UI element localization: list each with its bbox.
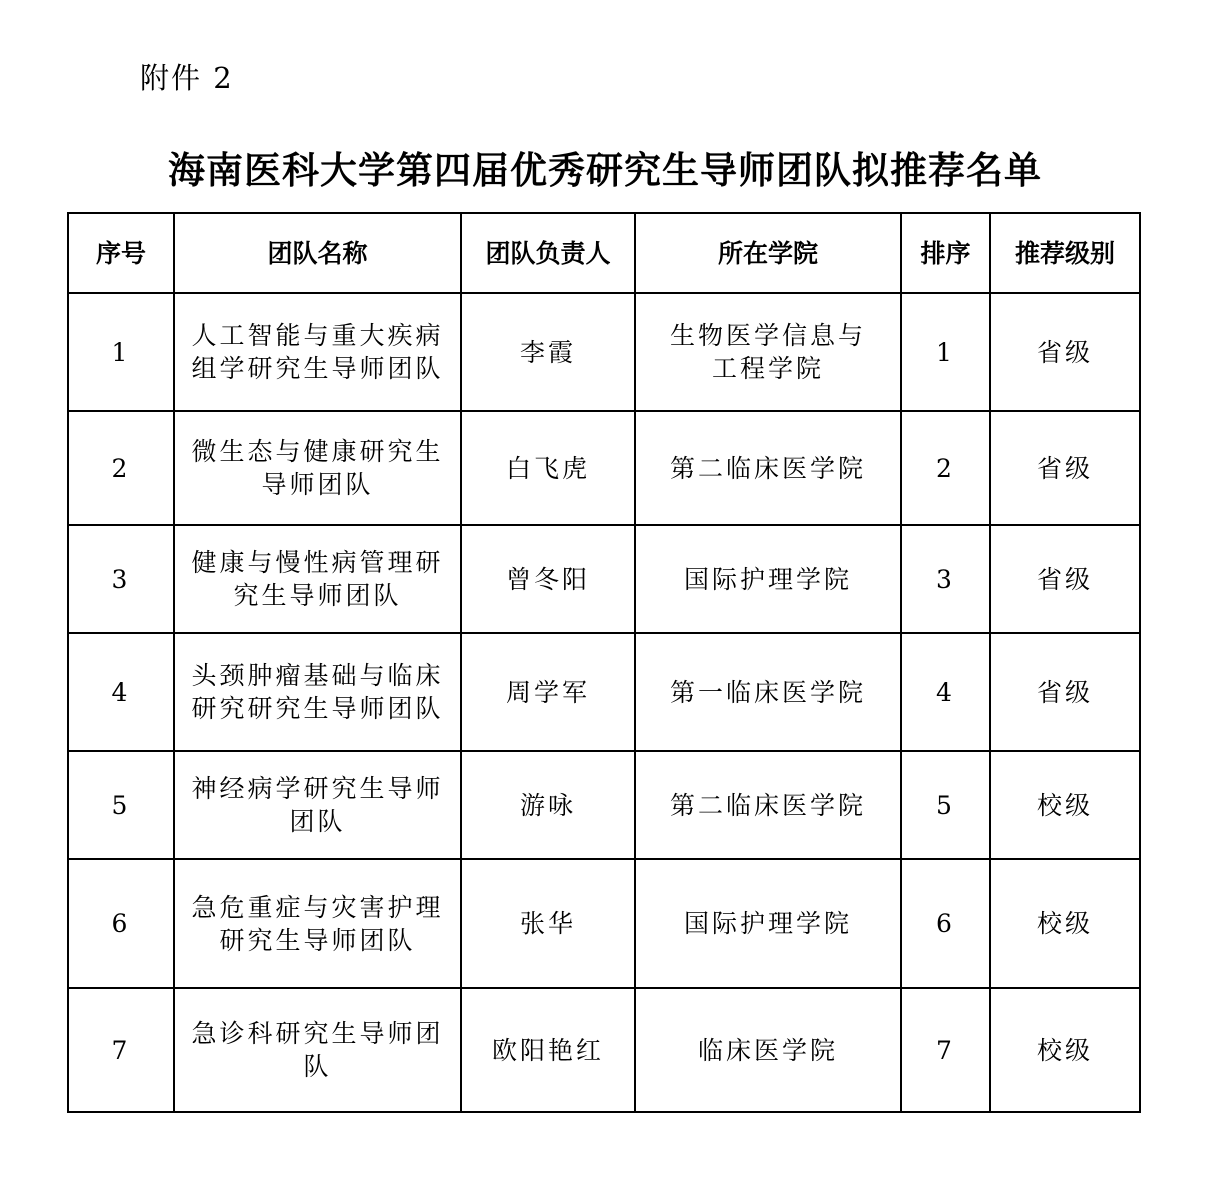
column-header-rank: 排序 (901, 213, 990, 293)
cell-rank: 2 (901, 411, 990, 525)
column-header-college: 所在学院 (635, 213, 901, 293)
cell-college: 第二临床医学院 (635, 411, 901, 525)
cell-level: 省级 (990, 293, 1140, 411)
cell-college: 第二临床医学院 (635, 751, 901, 859)
table-row: 2 微生态与健康研究生导师团队 白飞虎 第二临床医学院 2 省级 (68, 411, 1140, 525)
cell-index: 1 (68, 293, 174, 411)
table-header-row: 序号 团队名称 团队负责人 所在学院 排序 推荐级别 (68, 213, 1140, 293)
cell-team: 急诊科研究生导师团队 (174, 988, 461, 1112)
cell-level: 省级 (990, 525, 1140, 633)
cell-level: 校级 (990, 859, 1140, 988)
cell-rank: 1 (901, 293, 990, 411)
table-row: 6 急危重症与灾害护理研究生导师团队 张华 国际护理学院 6 校级 (68, 859, 1140, 988)
attachment-label: 附件 2 (140, 56, 234, 97)
recommendation-table: 序号 团队名称 团队负责人 所在学院 排序 推荐级别 1 人工智能与重大疾病组学… (67, 212, 1141, 1113)
cell-college: 生物医学信息与工程学院 (635, 293, 901, 411)
column-header-level: 推荐级别 (990, 213, 1140, 293)
cell-team: 人工智能与重大疾病组学研究生导师团队 (174, 293, 461, 411)
cell-rank: 7 (901, 988, 990, 1112)
cell-college: 国际护理学院 (635, 525, 901, 633)
column-header-team: 团队名称 (174, 213, 461, 293)
cell-index: 2 (68, 411, 174, 525)
cell-index: 3 (68, 525, 174, 633)
cell-team: 微生态与健康研究生导师团队 (174, 411, 461, 525)
cell-index: 5 (68, 751, 174, 859)
table-row: 3 健康与慢性病管理研究生导师团队 曾冬阳 国际护理学院 3 省级 (68, 525, 1140, 633)
cell-level: 校级 (990, 988, 1140, 1112)
cell-rank: 3 (901, 525, 990, 633)
cell-college: 第一临床医学院 (635, 633, 901, 751)
cell-leader: 曾冬阳 (461, 525, 635, 633)
cell-college: 临床医学院 (635, 988, 901, 1112)
column-header-index: 序号 (68, 213, 174, 293)
table-row: 1 人工智能与重大疾病组学研究生导师团队 李霞 生物医学信息与工程学院 1 省级 (68, 293, 1140, 411)
cell-leader: 游咏 (461, 751, 635, 859)
cell-leader: 欧阳艳红 (461, 988, 635, 1112)
cell-index: 6 (68, 859, 174, 988)
cell-rank: 5 (901, 751, 990, 859)
cell-college: 国际护理学院 (635, 859, 901, 988)
cell-index: 7 (68, 988, 174, 1112)
cell-rank: 6 (901, 859, 990, 988)
cell-leader: 周学军 (461, 633, 635, 751)
cell-team: 健康与慢性病管理研究生导师团队 (174, 525, 461, 633)
cell-team: 神经病学研究生导师团队 (174, 751, 461, 859)
document-title: 海南医科大学第四届优秀研究生导师团队拟推荐名单 (0, 140, 1210, 194)
table-row: 7 急诊科研究生导师团队 欧阳艳红 临床医学院 7 校级 (68, 988, 1140, 1112)
cell-leader: 张华 (461, 859, 635, 988)
cell-leader: 李霞 (461, 293, 635, 411)
cell-team: 急危重症与灾害护理研究生导师团队 (174, 859, 461, 988)
cell-index: 4 (68, 633, 174, 751)
cell-level: 省级 (990, 411, 1140, 525)
table-row: 4 头颈肿瘤基础与临床研究研究生导师团队 周学军 第一临床医学院 4 省级 (68, 633, 1140, 751)
table-row: 5 神经病学研究生导师团队 游咏 第二临床医学院 5 校级 (68, 751, 1140, 859)
cell-level: 校级 (990, 751, 1140, 859)
cell-rank: 4 (901, 633, 990, 751)
cell-leader: 白飞虎 (461, 411, 635, 525)
cell-team: 头颈肿瘤基础与临床研究研究生导师团队 (174, 633, 461, 751)
cell-level: 省级 (990, 633, 1140, 751)
column-header-leader: 团队负责人 (461, 213, 635, 293)
